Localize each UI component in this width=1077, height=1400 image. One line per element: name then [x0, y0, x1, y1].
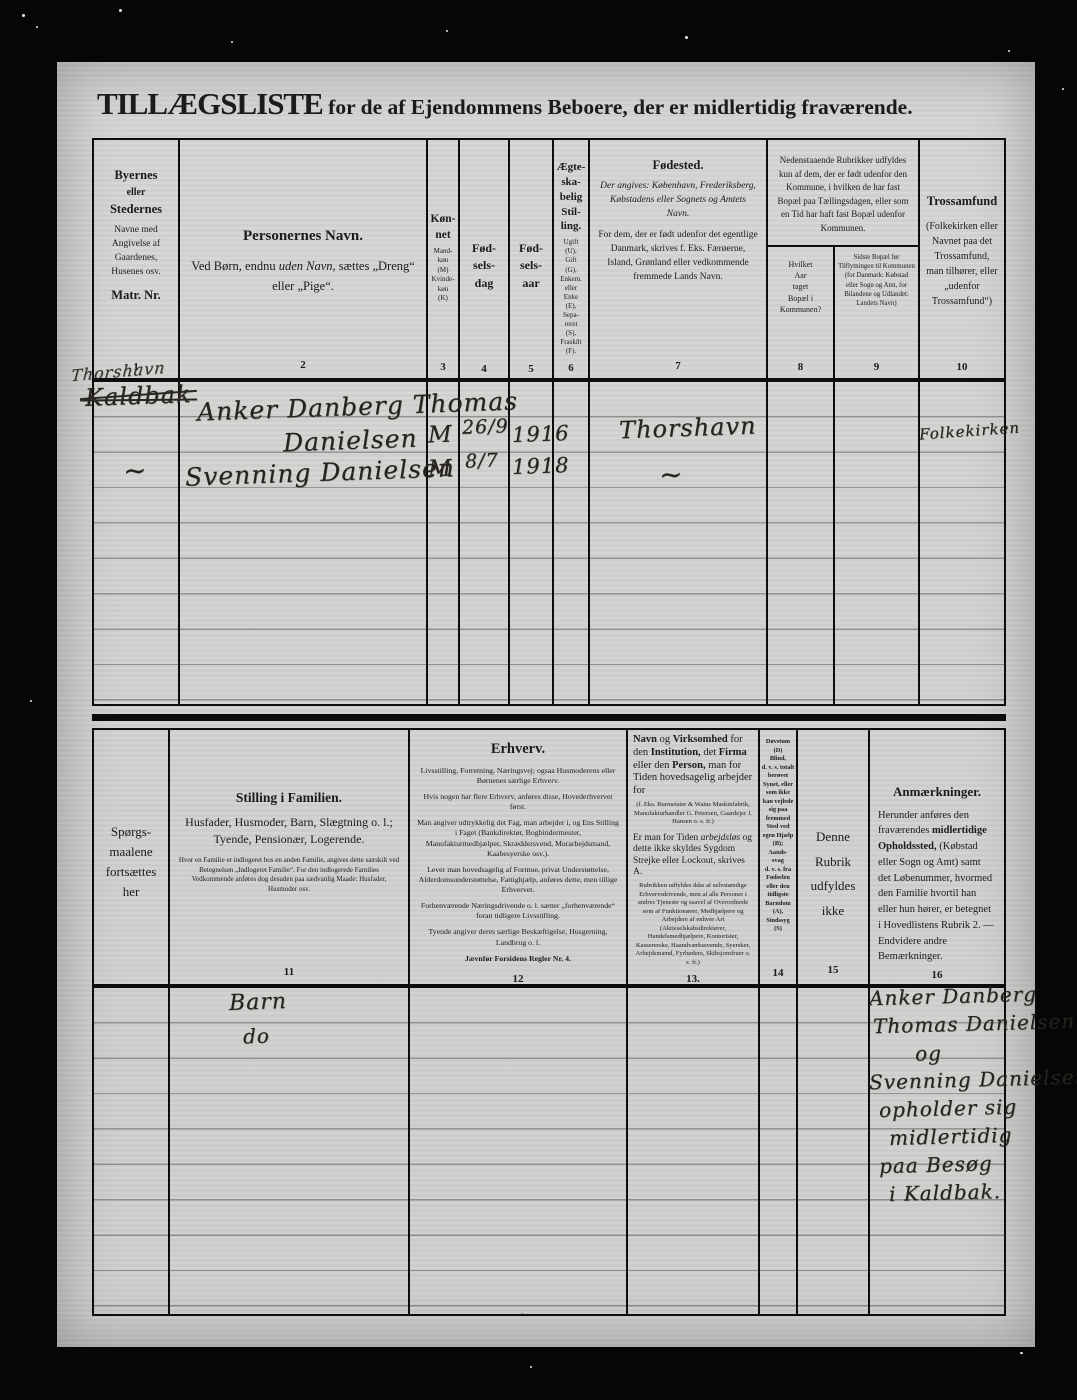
- col13-lead: Navn og Virksomhed for den Institution, …: [633, 734, 753, 798]
- header-col-unused: Denne Rubrik udfyldes ikke 15: [798, 730, 870, 984]
- data-col-employer: [628, 988, 760, 1314]
- col13-fine2: Rubrikken udfyldes ikke af selvstændige …: [633, 882, 753, 968]
- col12-number: 12: [417, 970, 619, 984]
- printer-imprint: —————— & ——— —— · ————————: [407, 1312, 687, 1317]
- header-col-remarks: Anmærkninger. Herunder anføres den fravæ…: [870, 730, 1004, 984]
- header-col-sex: Køn- net Mand- køn (M) Kvinde- køn (K) 3: [428, 140, 460, 378]
- group89-subrow: Hvilket Aar taget Bopæl i Kommunen? 8 Si…: [768, 245, 918, 378]
- remark-line: Thomas Danielsen: [873, 1010, 1045, 1038]
- col4-title: Fød- sels- dag: [460, 240, 508, 292]
- header-col-disability: Døvstum (D) Blind, d. v. s. totalt berøv…: [760, 730, 798, 984]
- dust-speck: [231, 41, 233, 43]
- col1-title: Stedernes: [94, 200, 178, 219]
- header-col-occupation: Erhverv. Livsstilling, Forretning, Nærin…: [410, 730, 628, 984]
- col12-p6: Tyende angiver deres særlige Beskæftigel…: [417, 927, 619, 947]
- col14-text: Døvstum (D) Blind, d. v. s. totalt berøv…: [760, 738, 796, 934]
- col1-title: Byernes: [94, 166, 178, 185]
- col13-p2: Er man for Tiden arbejdsløs og dette ikk…: [633, 833, 753, 879]
- header-col-name: Personernes Navn. Ved Børn, endnu uden N…: [180, 140, 428, 378]
- form-title-tail: midlertidig fraværende.: [693, 95, 912, 119]
- remark-line: Svenning Danielsen: [869, 1066, 1045, 1095]
- col11-title: Stilling i Familien.: [178, 788, 400, 808]
- form-title-word: TILLÆGSLISTE: [97, 86, 323, 121]
- data-col-8: [768, 382, 835, 704]
- col2-sub-italic: uden Navn: [279, 259, 333, 273]
- col13-lead-part: Firma: [719, 747, 747, 758]
- remark-line: paa Besøg: [879, 1150, 1045, 1178]
- data-col-position: [170, 988, 410, 1314]
- col6-sub: Ugift (U), Gift (G), Enkem. eller Enke (…: [554, 238, 588, 356]
- col11-fine: Hvor en Familie er indlogeret hos en and…: [178, 856, 400, 894]
- header-col-birthyear: Fød- sels- aar 5: [510, 140, 554, 378]
- dust-speck: [36, 26, 38, 28]
- remark-line: opholder sig: [879, 1094, 1045, 1122]
- col7-sub1: Der angives: København, Frederiksberg, K…: [598, 180, 758, 221]
- handwritten-birthday-row2: 8/7: [465, 449, 499, 472]
- col12-p4: Lever man hovedsagelig af Formue, privat…: [417, 865, 619, 895]
- dust-speck: [1008, 50, 1010, 52]
- upper-table-header: Byernes eller Stedernes Navne med Angive…: [94, 140, 1004, 378]
- col12-p3: Man angiver udtrykkelig det Fag, man arb…: [417, 818, 619, 859]
- col15-number: 15: [798, 958, 868, 984]
- col5-title: Fød- sels- aar: [510, 240, 552, 292]
- col2-number: 2: [180, 355, 426, 378]
- col14-number: 14: [760, 964, 796, 984]
- dust-speck: [119, 9, 122, 12]
- col12-p7: Jævnfør Forsidens Regler Nr. 4.: [417, 954, 619, 964]
- col9-number: 9: [838, 358, 915, 378]
- col3-number: 3: [428, 358, 458, 378]
- col8-sub: Hvilket Aar taget Bopæl i Kommunen?: [768, 259, 833, 315]
- dust-speck: [685, 36, 688, 39]
- col16-body-part: (Købstad eller Sogn og Amt) samt det Løb…: [878, 841, 994, 962]
- lower-table-rows: [94, 988, 1004, 1314]
- col13-p2-part: Er man for Tiden: [633, 833, 701, 843]
- col5-number: 5: [510, 361, 552, 378]
- col6-title: Ægte- ska- belig Stil- ling.: [554, 160, 588, 234]
- col0-text: Spørgs- maalene fortsættes her: [94, 822, 168, 903]
- col7-sub2: For dem, der er født udenfor det egentli…: [598, 229, 758, 284]
- handwritten-birthyear-row1: 1916: [512, 421, 570, 447]
- dust-speck: [30, 700, 32, 702]
- col13-p2-italic: arbejdsløs: [701, 833, 741, 843]
- header-col-religion: Trossamfund (Folkekirken eller Navnet pa…: [920, 140, 1004, 378]
- col11-number: 11: [178, 963, 400, 984]
- col7-title: Fødested.: [598, 156, 758, 174]
- col3-sub: Mand- køn (M) Kvinde- køn (K): [428, 247, 458, 304]
- col16-body: Herunder anføres den fraværendes midlert…: [878, 808, 996, 966]
- handwritten-sex-row2: M: [428, 456, 453, 483]
- handwritten-ditto-birthplace-row2: ~: [658, 458, 684, 492]
- header-col-group-8-9: Nedenstaaende Rubrikker udfyldes kun af …: [768, 140, 920, 378]
- col6-number: 6: [554, 359, 588, 378]
- data-col-unused: [798, 988, 870, 1314]
- handwritten-position-row1: Barn: [229, 989, 288, 1016]
- col13-lead-part: Institution,: [651, 747, 704, 758]
- data-col-9: [835, 382, 920, 704]
- remark-line: Anker Danberg: [869, 982, 1045, 1011]
- col12-title: Erhverv.: [417, 740, 619, 759]
- col15-text: Denne Rubrik udfyldes ikke: [798, 825, 868, 924]
- col8-number: 8: [768, 358, 833, 378]
- dust-speck: [22, 14, 25, 17]
- handwritten-remarks: Anker Danberg Thomas Danielsen og Svenni…: [869, 984, 1044, 1208]
- header-col-position: Stilling i Familien. Husfader, Husmoder,…: [170, 730, 410, 984]
- form-title-mid: for de af Ejendommens Beboere, der er: [323, 95, 693, 119]
- col2-sub-a: Ved Børn, endnu: [191, 259, 279, 273]
- handwritten-place-crossed-out: Kaldbak: [85, 380, 192, 412]
- col1-matr: Matr. Nr.: [94, 286, 178, 305]
- handwritten-birthyear-row2: 1918: [512, 453, 570, 479]
- handwritten-ditto-place-row2: ~: [122, 454, 148, 488]
- col13-lead-part: Virksomhed: [673, 734, 731, 745]
- col12-p2: Hvis nogen har flere Erhverv, anføres di…: [417, 792, 619, 812]
- handwritten-position-row2: do: [243, 1024, 271, 1049]
- header-col-employer: Navn og Virksomhed for den Institution, …: [628, 730, 760, 984]
- col13-number: 13.: [633, 971, 753, 984]
- col13-lead-part: og: [660, 734, 673, 745]
- group89-text: Nedenstaaende Rubrikker udfyldes kun af …: [768, 140, 918, 235]
- col16-title: Anmærkninger.: [878, 782, 996, 802]
- col13-lead-part: Navn: [633, 734, 660, 745]
- dust-speck: [1062, 88, 1064, 90]
- col13-fine1: (f. Eks. Burmeister & Wains Maskinfabrik…: [633, 801, 753, 827]
- dust-speck: [1020, 1352, 1023, 1354]
- crossed-out-text: Kaldbak: [85, 380, 192, 412]
- col12-p5: Forhenværende Næringsdrivende o. l. sætt…: [417, 901, 619, 921]
- handwritten-sex-row1: M: [428, 422, 453, 449]
- handwritten-birthday-row1: 26/9: [462, 415, 509, 439]
- col13-lead-part: Person,: [672, 760, 708, 771]
- header-col-place: Byernes eller Stedernes Navne med Angive…: [94, 140, 180, 378]
- col16-number: 16: [878, 965, 996, 984]
- table-separator-bar: [92, 714, 1006, 721]
- data-col-place: [94, 382, 180, 704]
- header-col-birthplace: Fødested. Der angives: København, Freder…: [590, 140, 768, 378]
- col2-title: Personernes Navn.: [180, 224, 426, 248]
- remark-line: og: [915, 1038, 1045, 1065]
- col4-number: 4: [460, 361, 508, 378]
- col3-title: Køn- net: [428, 212, 458, 243]
- header-col-marital: Ægte- ska- belig Stil- ling. Ugift (U), …: [554, 140, 590, 378]
- col10-title: Trossamfund: [926, 192, 998, 211]
- col11-sub: Husfader, Husmoder, Barn, Slægtning o. l…: [178, 814, 400, 849]
- col13-lead-part: eller den: [633, 760, 672, 771]
- col1-title: eller: [94, 185, 178, 200]
- handwritten-birthplace-row1: Thorshavn: [619, 412, 757, 445]
- data-col-occupation: [410, 988, 628, 1314]
- scanned-census-page: { "title": { "word": "TILLÆGSLISTE", "mi…: [0, 0, 1077, 1400]
- header-col-birthday: Fød- sels- dag 4: [460, 140, 510, 378]
- lower-table-header: Spørgs- maalene fortsættes her Stilling …: [94, 730, 1004, 984]
- data-col-continuation: [94, 988, 170, 1314]
- page-title: TILLÆGSLISTE for de af Ejendommens Beboe…: [97, 86, 1009, 122]
- col12-p1: Livsstilling, Forretning, Næringsvej; og…: [417, 766, 619, 786]
- col1-sub: Navne med Angivelse af Gaardenes, Husene…: [94, 223, 178, 280]
- col13-lead-part: det: [703, 747, 718, 758]
- dust-speck: [446, 30, 448, 32]
- census-form-sheet: TILLÆGSLISTE for de af Ejendommens Beboe…: [57, 62, 1035, 1347]
- col9-sub: Sidste Bopæl før Tilflytningen til Kommu…: [838, 253, 915, 308]
- dust-speck: [530, 1366, 532, 1368]
- data-col-disability: [760, 988, 798, 1314]
- header-col-9: Sidste Bopæl før Tilflytningen til Kommu…: [835, 247, 918, 378]
- col2-sub: Ved Børn, endnu uden Navn, sættes „Dreng…: [180, 256, 426, 296]
- handwritten-name-row1-line2: Danielsen: [283, 424, 418, 458]
- remark-line: i Kaldbak.: [889, 1178, 1045, 1206]
- header-col-8: Hvilket Aar taget Bopæl i Kommunen? 8: [768, 247, 835, 378]
- header-col-continuation: Spørgs- maalene fortsættes her: [94, 730, 170, 984]
- col7-number: 7: [598, 357, 758, 378]
- remark-line: midlertidig: [889, 1122, 1045, 1150]
- col10-sub: (Folkekirken eller Navnet paa det Trossa…: [926, 219, 998, 309]
- col10-number: 10: [926, 357, 998, 379]
